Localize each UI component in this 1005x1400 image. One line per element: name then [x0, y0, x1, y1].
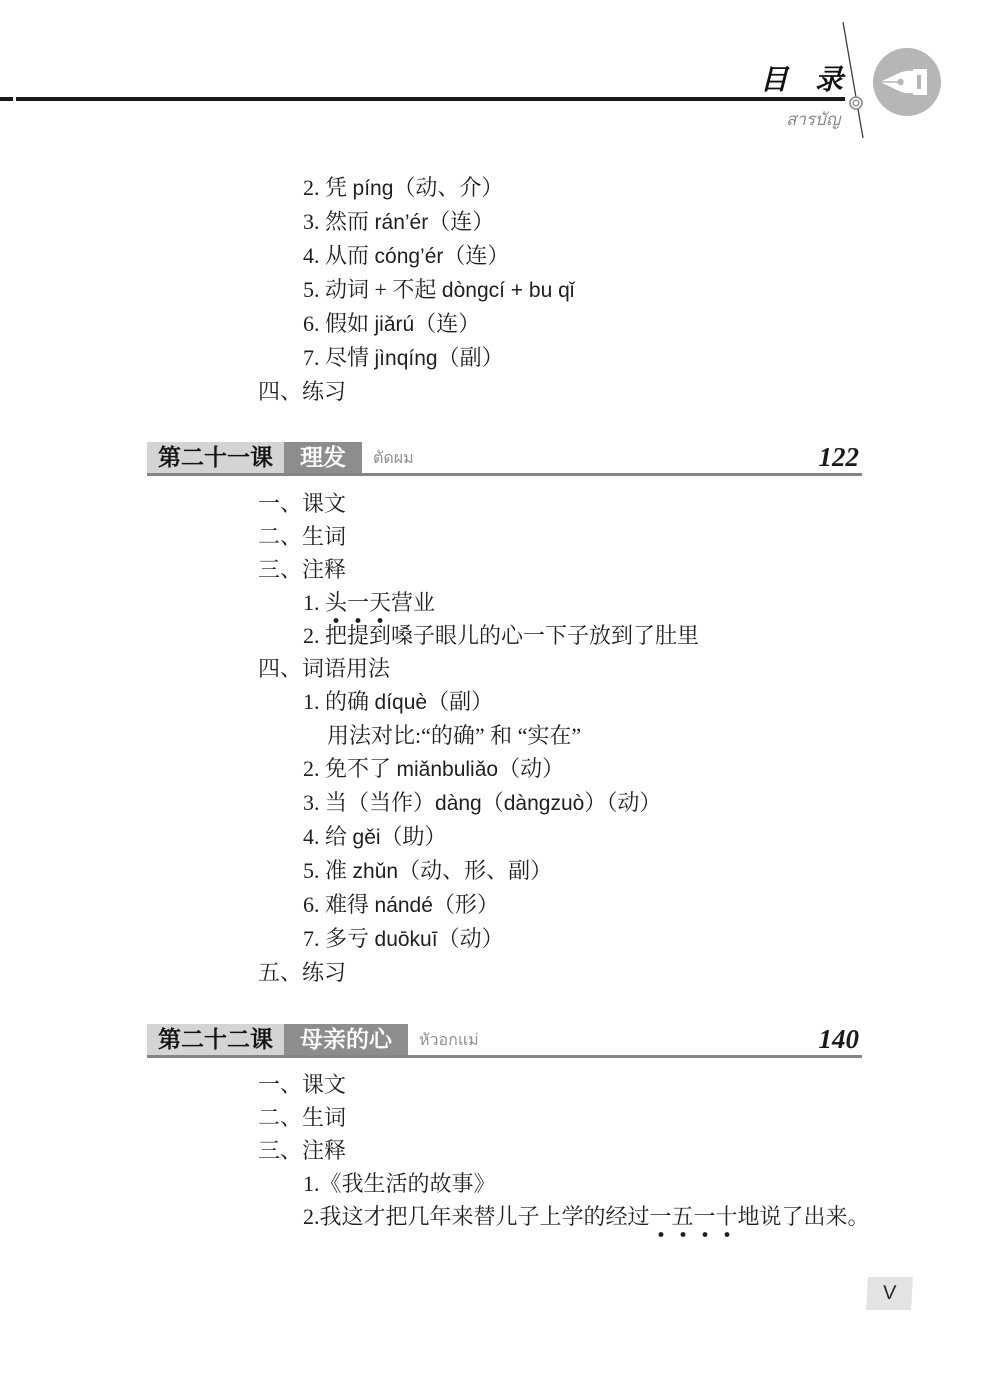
pinyin-text: gěi: [353, 826, 381, 849]
chinese-text: 营业: [391, 590, 435, 615]
chinese-text: 6. 难得: [303, 892, 375, 917]
lesson-header-21: 第二十一课 理发 ตัดผม 122: [147, 442, 862, 476]
chinese-text: （连）: [414, 311, 480, 336]
chinese-text: 2. 免不了: [303, 756, 397, 781]
chinese-text: 一、课文: [258, 491, 346, 516]
toc-page: 目 录 สารบัญ 2. 凭 píng（动、介）3. 然而 rán’ér（连）…: [0, 0, 1005, 1400]
pinyin-text: miǎnbuliǎo: [397, 758, 499, 781]
pinyin-text: dàngzuò: [504, 792, 585, 815]
toc-item: 四、练习: [0, 375, 1005, 408]
pinyin-text: jiǎrú: [375, 313, 415, 336]
chinese-text: 4. 从而: [303, 243, 375, 268]
chinese-text: 三、注释: [258, 557, 346, 582]
pinyin-text: nándé: [375, 894, 433, 917]
toc-item: 4. 从而 cóng’ér（连）: [0, 239, 1005, 273]
chinese-text: 2.我这才把几年来替儿子上学的经过: [303, 1204, 650, 1229]
toc-item: 2.我这才把几年来替儿子上学的经过一五一十地说了出来。: [0, 1200, 1005, 1233]
emphasized-text: 一五一十: [650, 1204, 738, 1237]
toc-item: 二、生词: [0, 1101, 1005, 1134]
toc-item: 2. 把提到嗓子眼儿的心一下子放到了肚里: [0, 619, 1005, 652]
chinese-text: 五、练习: [258, 960, 346, 985]
lesson-number-label: 第二十一课: [147, 442, 284, 473]
chinese-text: （动、形、副）: [398, 858, 552, 883]
lesson-page-number: 122: [819, 442, 863, 473]
chinese-text: 3. 然而: [303, 209, 375, 234]
chinese-text: 4. 给: [303, 824, 353, 849]
chinese-text: ）（动）: [584, 790, 661, 815]
chinese-text: 5. 动词 + 不起: [303, 277, 442, 302]
lesson-title: 母亲的心: [284, 1024, 408, 1055]
chinese-text: 2. 把提到嗓子眼儿的心一下子放到了肚里: [303, 623, 699, 648]
lesson-header-22: 第二十二课 母亲的心 หัวอกแม่ 140: [147, 1024, 862, 1058]
lesson-page-number: 140: [819, 1024, 863, 1055]
pen-nib-icon: [873, 48, 941, 116]
chinese-text: 3. 当（当作）: [303, 790, 435, 815]
chinese-text: 2. 凭: [303, 175, 353, 200]
page-number-badge: V: [866, 1277, 913, 1310]
lesson-number-label: 第二十二课: [147, 1024, 284, 1055]
toc-item: 1. 头一天营业: [0, 586, 1005, 619]
toc-item: 3. 然而 rán’ér（连）: [0, 205, 1005, 239]
chinese-text: 二、生词: [258, 1105, 346, 1130]
chinese-text: （连）: [428, 209, 494, 234]
pinyin-text: píng: [353, 177, 394, 200]
header-rule-segment: [0, 97, 13, 101]
toc-item: 3. 当（当作）dàng（dàngzuò）（动）: [0, 786, 1005, 820]
chinese-text: 三、注释: [258, 1138, 346, 1163]
pinyin-text: díquè: [375, 691, 428, 714]
toc-lesson21-list: 一、课文二、生词三、注释1. 头一天营业2. 把提到嗓子眼儿的心一下子放到了肚里…: [0, 487, 1005, 989]
chinese-text: （动）: [438, 926, 504, 951]
toc-item: 6. 假如 jiǎrú（连）: [0, 307, 1005, 341]
chinese-text: （动）: [498, 756, 564, 781]
chinese-text: 一、课文: [258, 1072, 346, 1097]
toc-item: 一、课文: [0, 1068, 1005, 1101]
pinyin-text: duōkuī: [375, 928, 438, 951]
divider-line: [830, 18, 875, 143]
chinese-text: （: [482, 790, 504, 815]
chinese-text: 5. 准: [303, 858, 353, 883]
lesson-title-thai: ตัดผม: [373, 442, 414, 473]
toc-item: 二、生词: [0, 520, 1005, 553]
pinyin-text: dàng: [435, 792, 482, 815]
chinese-text: 6. 假如: [303, 311, 375, 336]
toc-item: 1. 的确 díquè（副）: [0, 685, 1005, 719]
toc-item: 2. 凭 píng（动、介）: [0, 171, 1005, 205]
pinyin-text: cóng’ér: [375, 245, 444, 268]
toc-item: 五、练习: [0, 956, 1005, 989]
toc-item: 7. 尽情 jìnqíng（副）: [0, 341, 1005, 375]
lesson-title-thai: หัวอกแม่: [419, 1024, 479, 1055]
toc-item: 1.《我生活的故事》: [0, 1167, 1005, 1200]
toc-item: 一、课文: [0, 487, 1005, 520]
toc-item: 2. 免不了 miǎnbuliǎo（动）: [0, 752, 1005, 786]
toc-item: 5. 准 zhǔn（动、形、副）: [0, 854, 1005, 888]
pinyin-text: zhǔn: [353, 860, 399, 883]
pinyin-text: jìnqíng: [375, 347, 438, 370]
chinese-text: （副）: [438, 345, 504, 370]
chinese-text: 二、生词: [258, 524, 346, 549]
chinese-text: 地说了出来。: [738, 1204, 870, 1229]
toc-continuation-list: 2. 凭 píng（动、介）3. 然而 rán’ér（连）4. 从而 cóng’…: [0, 171, 1005, 408]
chinese-text: （动、介）: [393, 175, 503, 200]
chinese-text: （连）: [443, 243, 509, 268]
chinese-text: （助）: [381, 824, 447, 849]
toc-item: 三、注释: [0, 1134, 1005, 1167]
chinese-text: 用法对比:“的确” 和 “实在”: [327, 723, 581, 748]
toc-item: 7. 多亏 duōkuī（动）: [0, 922, 1005, 956]
pinyin-text: rán’ér: [375, 211, 429, 234]
chinese-text: 7. 尽情: [303, 345, 375, 370]
toc-item: 四、词语用法: [0, 652, 1005, 685]
chinese-text: 1. 的确: [303, 689, 375, 714]
toc-lesson22-list: 一、课文二、生词三、注释1.《我生活的故事》2.我这才把几年来替儿子上学的经过一…: [0, 1068, 1005, 1233]
pinyin-text: dòngcí + bu qǐ: [442, 279, 575, 302]
chinese-text: 四、词语用法: [258, 656, 390, 681]
lesson-title: 理发: [284, 442, 362, 473]
chinese-text: （副）: [427, 689, 493, 714]
chinese-text: 7. 多亏: [303, 926, 375, 951]
divider-ring-inner: [853, 100, 859, 106]
chinese-text: （形）: [433, 892, 499, 917]
toc-item: 5. 动词 + 不起 dòngcí + bu qǐ: [0, 273, 1005, 307]
chinese-text: 四、练习: [258, 379, 346, 404]
chinese-text: 1.《我生活的故事》: [303, 1171, 496, 1196]
toc-item: 用法对比:“的确” 和 “实在”: [0, 719, 1005, 752]
toc-item: 4. 给 gěi（助）: [0, 820, 1005, 854]
toc-item: 三、注释: [0, 553, 1005, 586]
toc-item: 6. 难得 nándé（形）: [0, 888, 1005, 922]
header-rule: [16, 97, 845, 101]
chinese-text: 1.: [303, 590, 325, 615]
